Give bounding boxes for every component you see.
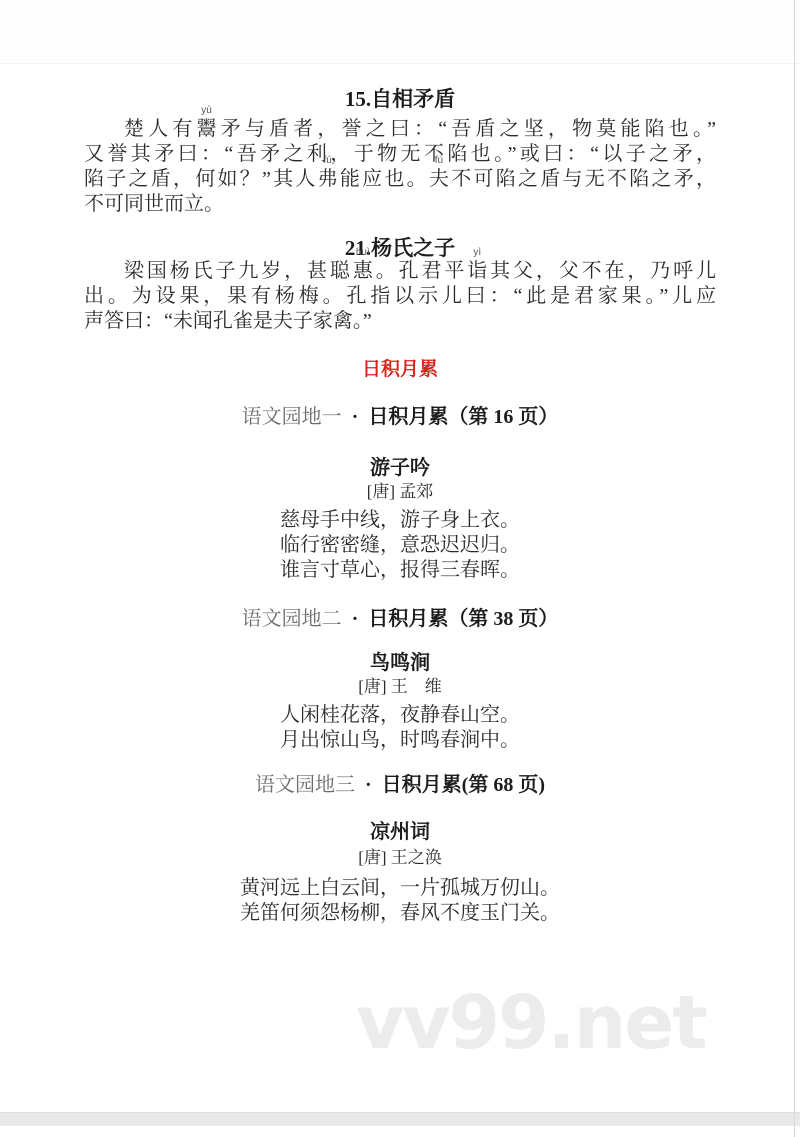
pinyin-annotation: fú: [435, 156, 443, 166]
previous-page-edge: [0, 0, 800, 64]
garden-name: 语文园地一: [242, 406, 342, 428]
ruby-char: huì惠: [353, 259, 373, 284]
heading-separator-dot: ·: [352, 608, 359, 630]
garden-name: 语文园地三: [255, 774, 355, 796]
page-right-edge-line: [794, 0, 795, 1137]
paragraph-line: 声答曰：“未闻孔雀是夫子家禽。”: [84, 309, 716, 334]
poem-line: 临行密密缝，意恐迟迟归。: [0, 533, 800, 558]
line-text: 其父，父不在，乃呼儿: [487, 260, 716, 282]
ruby-char: fú夫: [429, 167, 449, 192]
pinyin-annotation: yù: [201, 106, 212, 116]
garden-heading-3: 语文园地三·日积月累(第 68 页): [0, 774, 800, 796]
garden-heading-rest: 日积月累（第 38 页）: [368, 608, 558, 630]
ruby-char: fú弗: [318, 167, 338, 192]
classical-paragraph-15: 楚人有yù鬻矛与盾者，誉之曰：“吾盾之坚，物莫能陷也。” 又誉其矛曰：“吾矛之利…: [84, 117, 716, 217]
line-text: 梁国杨氏子九岁，甚聪: [124, 260, 353, 282]
line-text: 不可陷之盾与无不陷之矛，: [449, 168, 716, 190]
paragraph-line: 不可同世而立。: [84, 192, 716, 217]
section-title-15: 15.自相矛盾: [0, 88, 800, 110]
page-separator: [0, 1112, 800, 1126]
site-watermark: vv99.net: [356, 986, 706, 1060]
ruby-char: yù鬻: [197, 117, 217, 142]
line-text: 不可同世而立。: [84, 193, 224, 215]
paragraph-line: 梁国杨氏子九岁，甚聪huì惠。孔君平yì诣其父，父不在，乃呼儿: [84, 259, 716, 284]
poem-line: 人闲桂花落，夜静春山空。: [0, 703, 800, 728]
poem-line: 慈母手中线，游子身上衣。: [0, 508, 800, 533]
line-text: 声答曰：“未闻孔雀是夫子家禽。”: [84, 310, 372, 332]
line-text: 能应也。: [338, 168, 429, 190]
document-page: 15.自相矛盾 楚人有yù鬻矛与盾者，誉之曰：“吾盾之坚，物莫能陷也。” 又誉其…: [0, 0, 800, 1137]
poem-author: [唐] 王 维: [0, 679, 800, 695]
paragraph-line: 楚人有yù鬻矛与盾者，誉之曰：“吾盾之坚，物莫能陷也。”: [84, 117, 716, 142]
heading-separator-dot: ·: [365, 774, 372, 796]
garden-heading-rest: 日积月累(第 68 页): [382, 774, 545, 796]
poem-title: 凉州词: [0, 822, 800, 842]
poem-line: 羌笛何须怨杨柳，春风不度玉门关。: [0, 901, 800, 926]
ruby-base: 惠: [353, 260, 373, 282]
paragraph-line: 出。为设果，果有杨梅。孔指以示儿曰：“此是君家果。”儿应: [84, 284, 716, 309]
poem-line: 月出惊山鸟，时鸣春涧中。: [0, 728, 800, 753]
paragraph-line: 陷子之盾，何如？”其人fú弗能应也。fú夫不可陷之盾与无不陷之矛，: [84, 167, 716, 192]
poem-author: [唐] 孟郊: [0, 484, 800, 500]
line-text: 出。为设果，果有杨梅。孔指以示儿曰：“此是君家果。”儿应: [84, 285, 716, 307]
ruby-base: 夫: [429, 168, 449, 190]
poem: 黄河远上白云间，一片孤城万仞山。 羌笛何须怨杨柳，春风不度玉门关。: [0, 876, 800, 926]
ruby-char: yì诣: [467, 259, 487, 284]
red-section-heading: 日积月累: [0, 360, 800, 380]
line-text: 。孔君平: [373, 260, 467, 282]
line-text: 楚人有: [124, 118, 197, 140]
garden-heading-2: 语文园地二·日积月累（第 38 页）: [0, 608, 800, 630]
heading-separator-dot: ·: [352, 406, 359, 428]
poem-author: [唐] 王之涣: [0, 850, 800, 866]
poem-line: 谁言寸草心，报得三春晖。: [0, 558, 800, 583]
garden-heading-rest: 日积月累（第 16 页）: [368, 406, 558, 428]
paragraph-line: 又誉其矛曰：“吾矛之利，于物无不陷也。”或曰：“以子之矛，: [84, 142, 716, 167]
garden-name: 语文园地二: [242, 608, 342, 630]
pinyin-annotation: fú: [324, 156, 332, 166]
garden-heading-1: 语文园地一·日积月累（第 16 页）: [0, 406, 800, 428]
poem-title: 鸟鸣涧: [0, 653, 800, 673]
section-title-21: 21.杨氏之子: [0, 237, 800, 259]
ruby-base: 鬻: [197, 118, 217, 140]
line-text: 陷子之盾，何如？”其人: [84, 168, 318, 190]
line-text: 矛与盾者，誉之曰：“吾盾之坚，物莫能陷也。”: [217, 118, 716, 140]
poem: 慈母手中线，游子身上衣。 临行密密缝，意恐迟迟归。 谁言寸草心，报得三春晖。: [0, 508, 800, 583]
poem-title: 游子吟: [0, 458, 800, 478]
poem: 人闲桂花落，夜静春山空。 月出惊山鸟，时鸣春涧中。: [0, 703, 800, 753]
pinyin-annotation: yì: [473, 248, 481, 258]
classical-paragraph-21: 梁国杨氏子九岁，甚聪huì惠。孔君平yì诣其父，父不在，乃呼儿 出。为设果，果有…: [84, 259, 716, 334]
pinyin-annotation: huì: [356, 248, 370, 258]
ruby-base: 诣: [467, 260, 487, 282]
ruby-base: 弗: [318, 168, 338, 190]
poem-line: 黄河远上白云间，一片孤城万仞山。: [0, 876, 800, 901]
line-text: 又誉其矛曰：“吾矛之利，于物无不陷也。”或曰：“以子之矛，: [84, 143, 716, 165]
